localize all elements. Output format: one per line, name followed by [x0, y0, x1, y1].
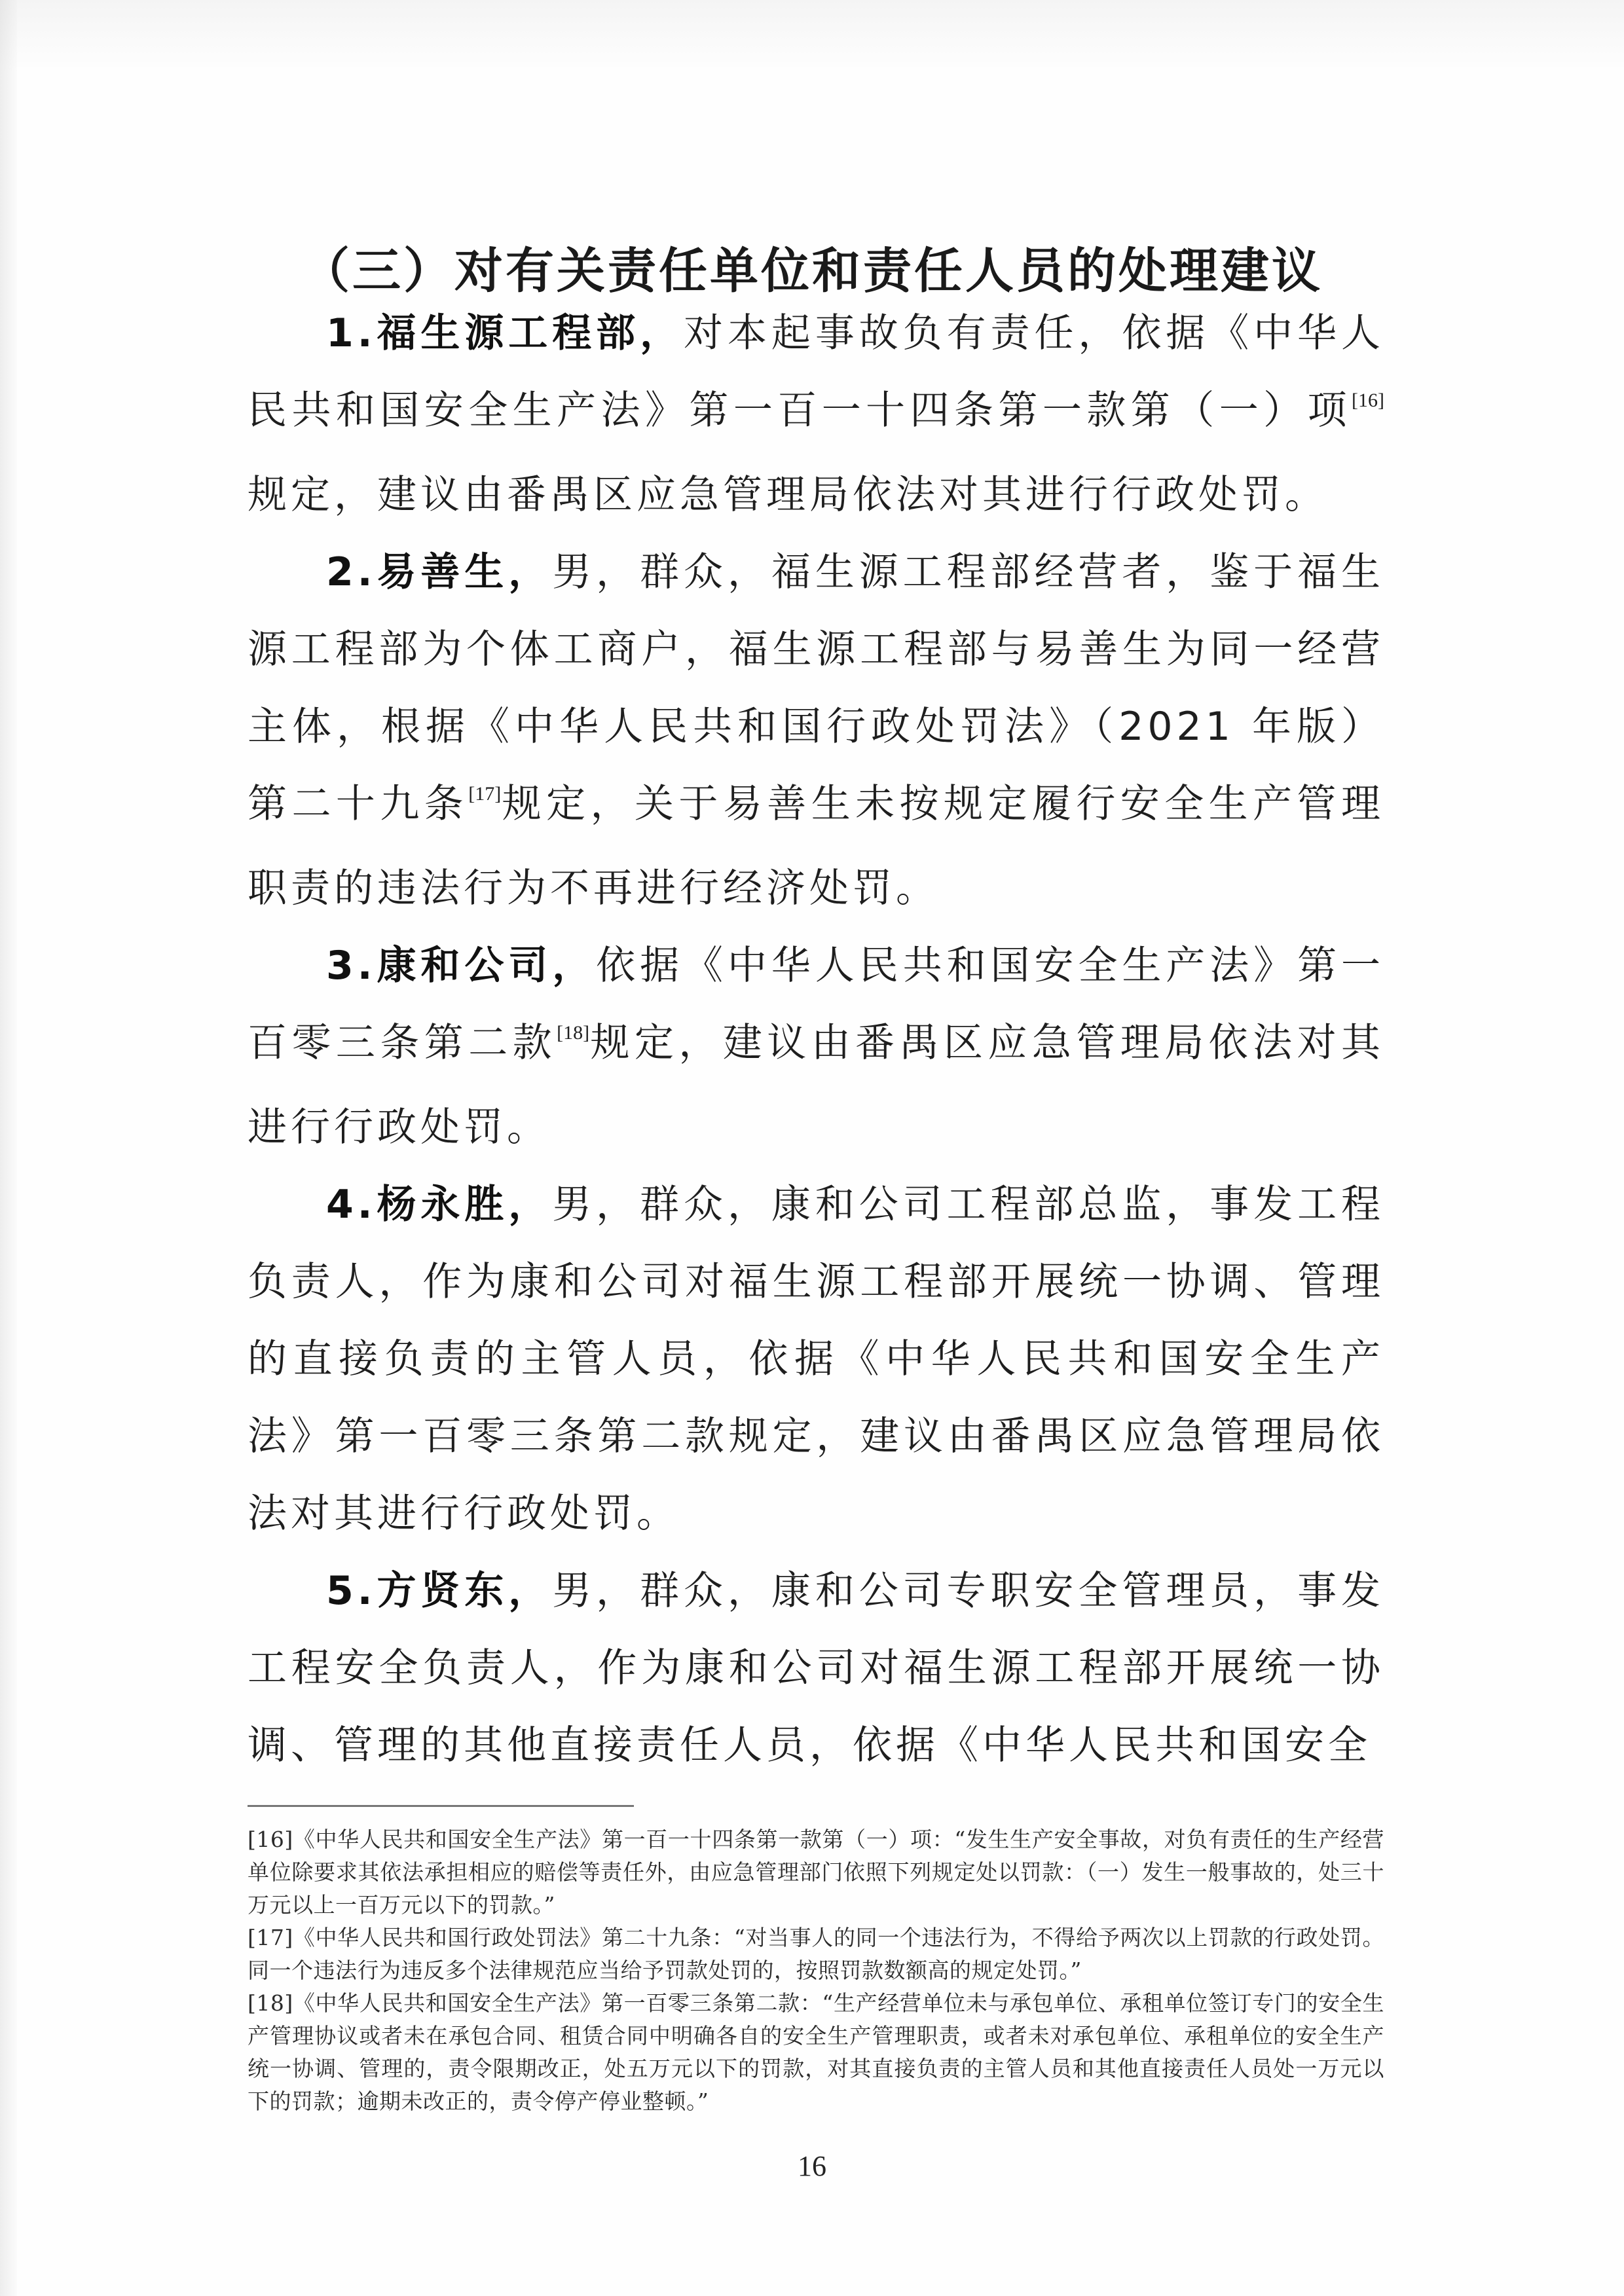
paragraph-5: 5.方贤东，男，群众，康和公司专职安全管理员，事发工程安全负责人，作为康和公司对…: [248, 1552, 1384, 1784]
footnote-ref-17[interactable]: [17]: [468, 783, 501, 805]
paragraph-1: 1.福生源工程部，对本起事故负有责任，依据《中华人民共和国安全生产法》第一百一十…: [248, 295, 1384, 534]
paragraph-lead: 2.易善生，: [326, 549, 552, 595]
paragraph-lead: 5.方贤东，: [326, 1568, 552, 1614]
document-page: （三）对有关责任单位和责任人员的处理建议 1.福生源工程部，对本起事故负有责任，…: [0, 0, 1624, 2296]
scan-top-shadow: [0, 0, 1624, 72]
paragraph-lead: 4.杨永胜，: [326, 1182, 552, 1228]
footnote-ref-16[interactable]: [16]: [1352, 390, 1384, 411]
footnote-18: [18]《中华人民共和国安全生产法》第一百零三条第二款：“生产经营单位未与承包单…: [248, 1987, 1384, 2118]
page-number: 16: [0, 2149, 1624, 2183]
paragraph-lead: 1.福生源工程部，: [326, 310, 684, 356]
paragraph-3: 3.康和公司，依据《中华人民共和国安全生产法》第一百零三条第二款[18]规定，建…: [248, 927, 1384, 1166]
section-title: （三）对有关责任单位和责任人员的处理建议: [0, 232, 1624, 302]
body-text: 1.福生源工程部，对本起事故负有责任，依据《中华人民共和国安全生产法》第一百一十…: [248, 295, 1384, 1784]
footnote-16: [16]《中华人民共和国安全生产法》第一百一十四条第一款第（一）项：“发生生产安…: [248, 1823, 1384, 1922]
footnote-17: [17]《中华人民共和国行政处罚法》第二十九条：“对当事人的同一个违法行为，不得…: [248, 1922, 1384, 1987]
paragraph-4: 4.杨永胜，男，群众，康和公司工程部总监，事发工程负责人，作为康和公司对福生源工…: [248, 1166, 1384, 1552]
paragraph-text: 规定，建议由番禺区应急管理局依法对其进行行政处罚。: [248, 472, 1328, 518]
paragraph-2: 2.易善生，男，群众，福生源工程部经营者，鉴于福生源工程部为个体工商户，福生源工…: [248, 534, 1384, 927]
scan-edge-shadow: [0, 0, 17, 2296]
paragraph-text: 男，群众，康和公司工程部总监，事发工程负责人，作为康和公司对福生源工程部开展统一…: [248, 1182, 1384, 1537]
footnotes: [16]《中华人民共和国安全生产法》第一百一十四条第一款第（一）项：“发生生产安…: [248, 1823, 1384, 2118]
footnote-divider: [248, 1805, 634, 1807]
footnote-ref-18[interactable]: [18]: [557, 1022, 589, 1044]
paragraph-lead: 3.康和公司，: [326, 943, 596, 989]
